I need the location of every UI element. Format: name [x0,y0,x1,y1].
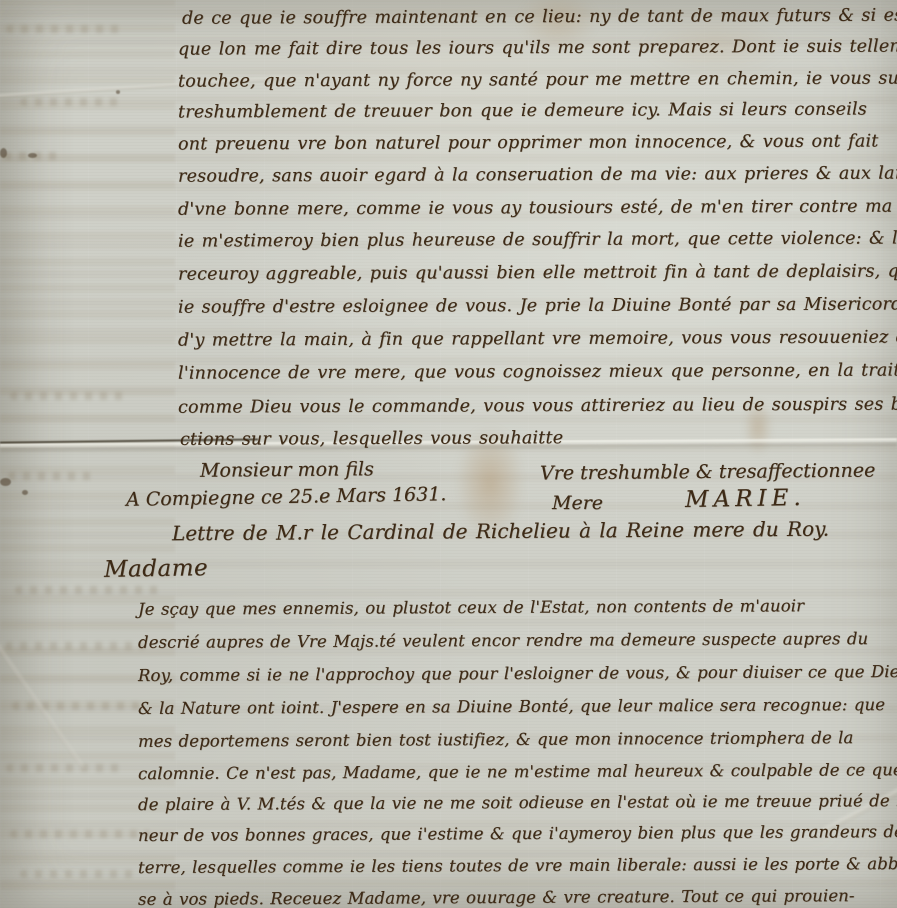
ink-speck [28,153,37,158]
manuscript-line: que lon me fait dire tous les iours qu'i… [178,36,897,59]
signer-title: Mere [552,492,603,514]
bleed-smudge [5,642,145,650]
manuscript-line: Roy, comme si ie ne l'approchoy que pour… [138,662,897,685]
manuscript-line: de plaire à V. M.tés & que la vie ne me … [138,791,897,814]
manuscript-line: l'innocence de vre mere, que vous cognoi… [178,360,897,383]
bleed-smudge [8,472,93,480]
manuscript-line: de ce que ie souffre maintenant en ce li… [182,5,897,28]
manuscript-line: touchee, que n'ayant ny force ny santé p… [178,68,897,91]
ink-speck [116,90,120,94]
manuscript-line: descrié aupres de Vre Majs.té veulent en… [138,629,868,652]
manuscript-page: de ce que ie souffre maintenant en ce li… [0,0,897,908]
signature: MARIE. [685,485,806,513]
manuscript-line: ie souffre d'estre esloignee de vous. Je… [178,294,897,317]
manuscript-line: Je sçay que mes ennemis, ou plustot ceux… [138,596,804,618]
manuscript-line: mes deportemens seront bien tost iustifi… [138,728,854,751]
letter-heading: Lettre de M.r le Cardinal de Richelieu à… [172,517,829,546]
manuscript-line: terre, lesquelles comme ie les tiens tou… [138,854,897,877]
ink-speck [22,490,28,495]
bleed-smudge [15,586,165,594]
manuscript-line: treshumblement de treuuer bon que ie dem… [178,99,867,122]
bleed-smudge [6,25,126,33]
manuscript-line: comme Dieu vous le commande, vous vous a… [178,394,897,417]
closing-salutation: Monsieur mon fils [200,458,374,482]
valediction: Vre treshumble & tresaffectionnee [540,460,875,485]
ink-speck [0,148,7,158]
ink-speck [0,478,11,486]
bleed-smudge [20,98,120,106]
bleed-smudge [10,392,130,400]
manuscript-line: receuroy aggreable, puis qu'aussi bien e… [178,261,897,284]
manuscript-line: neur de vos bonnes graces, que i'estime … [138,822,897,845]
manuscript-line: ont preuenu vre bon naturel pour opprime… [178,131,879,154]
bleed-smudge [10,830,150,838]
manuscript-line: calomnie. Ce n'est pas, Madame, que ie n… [138,760,897,783]
bleed-smudge [6,764,126,772]
manuscript-line: ie m'estimeroy bien plus heureuse de sou… [178,228,897,251]
manuscript-line: ctions sur vous, lesquelles vous souhait… [180,428,563,450]
manuscript-line: d'vne bonne mere, comme ie vous ay tousi… [178,196,897,219]
letter2-salutation: Madame [104,555,209,583]
bleed-smudge [12,702,142,710]
manuscript-line: resoudre, sans auoir egard à la conserua… [178,163,897,186]
manuscript-line: se à vos pieds. Receuez Madame, vre ouur… [138,886,855,908]
manuscript-line: d'y mettre la main, à fin que rappellant… [178,327,897,350]
manuscript-line: & la Nature ont ioint. J'espere en sa Di… [138,695,885,718]
bleed-smudge [20,870,140,878]
